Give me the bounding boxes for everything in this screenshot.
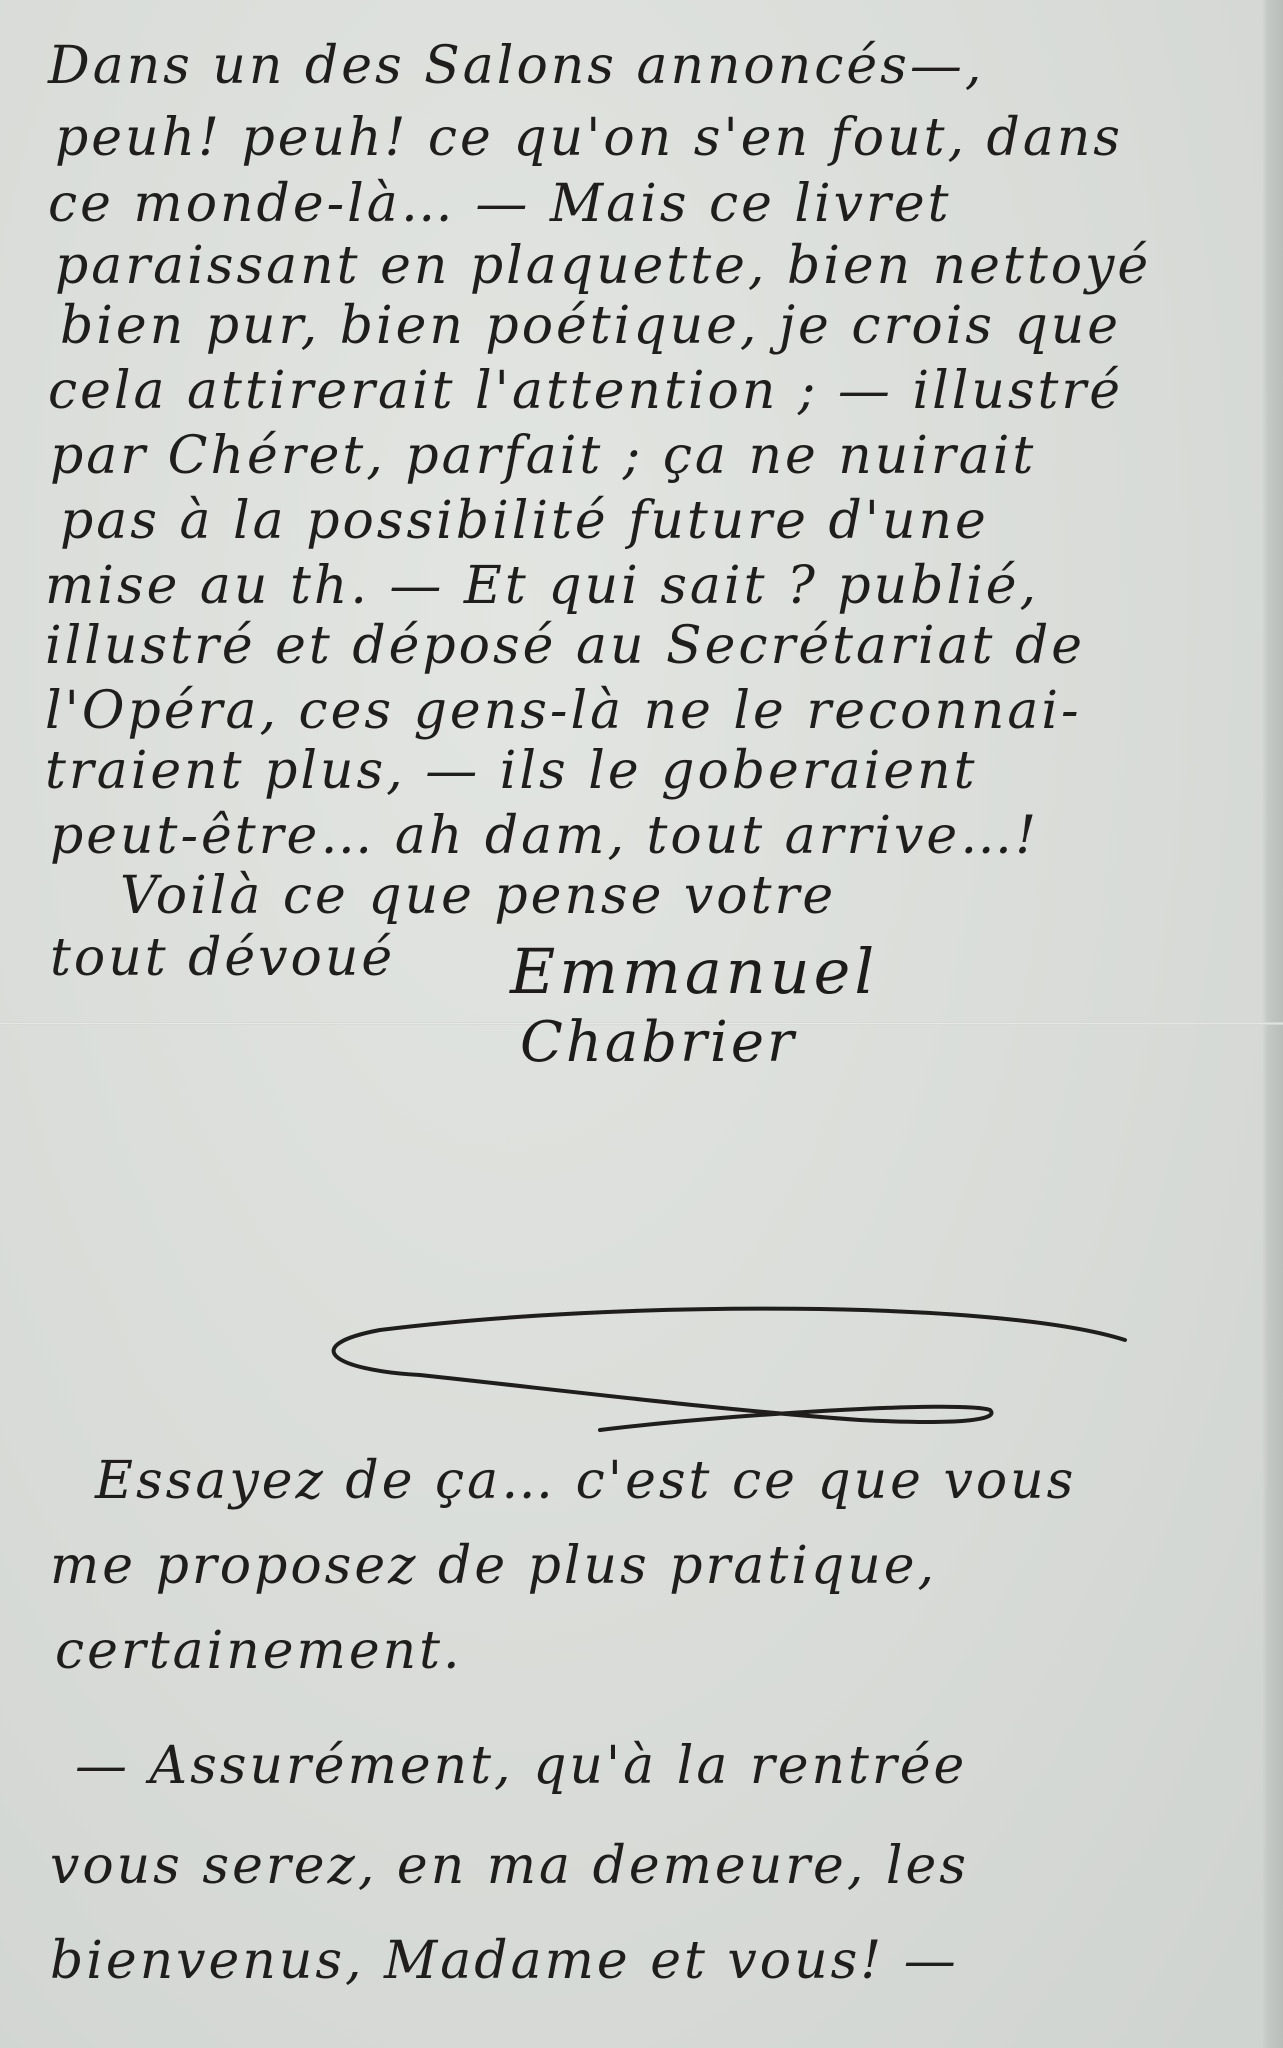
postscript-line-5: vous serez, en ma demeure, les	[50, 1840, 969, 1892]
postscript-line-6: bienvenus, Madame et vous! —	[50, 1935, 959, 1987]
postscript-line-3: certainement.	[55, 1625, 463, 1677]
postscript-line-2: me proposez de plus pratique,	[50, 1540, 937, 1592]
postscript-line-1: Essayez de ça… c'est ce que vous	[95, 1455, 1076, 1507]
letter-page: Dans un des Salons annoncés—, peuh! peuh…	[0, 0, 1283, 2048]
postscript-line-4: — Assurément, qu'à la rentrée	[75, 1740, 967, 1792]
